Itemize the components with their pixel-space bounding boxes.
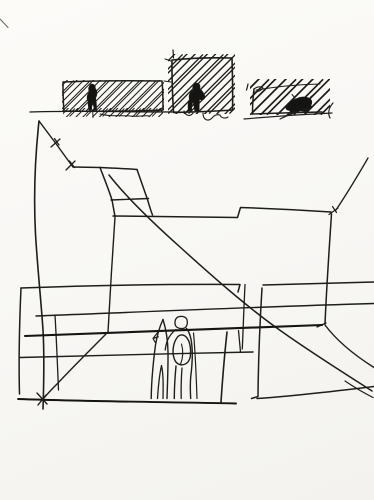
long-horizontal-lower (20, 352, 253, 358)
person-figure-right-torso-line (181, 344, 183, 365)
lower-box-left-edge (19, 288, 21, 394)
right-box-vertical (252, 288, 263, 399)
lower-box-bottom-edge (18, 399, 236, 404)
person-figure-right-back-line (194, 333, 198, 399)
middle-block-corner-tick (173, 50, 174, 58)
person-figure-right-leg-inner (181, 368, 182, 399)
left-building-block-hatching (29, 79, 193, 113)
arrowhead-icon-right-parapet (329, 207, 338, 215)
peak-left-long-line (35, 121, 44, 409)
ridge-line (73, 167, 100, 168)
short-vertical-243 (242, 285, 245, 350)
roof-quad-left (100, 168, 115, 217)
short-vertical-239 (239, 331, 241, 353)
long-horizontal-upper (36, 304, 374, 317)
person-figure-right-head (175, 316, 187, 328)
apostrophe-mark (247, 84, 249, 90)
page-edge-mark (0, 19, 8, 28)
sketch-page (0, 0, 374, 500)
diagonal-up-right-line (336, 158, 368, 210)
opening-right-edge (221, 332, 227, 402)
right-facade-vertical (325, 214, 332, 324)
inner-vertical-55 (55, 315, 59, 390)
lower-box-top-edge (21, 284, 240, 292)
center-facade-vertical (108, 217, 115, 332)
lintel-strong-line (25, 325, 322, 336)
corner-sweep-curve (325, 325, 374, 368)
peak-slope-line (39, 121, 73, 167)
person-figure-right-leg-left (174, 366, 176, 399)
architectural-sketch-canvas (0, 0, 374, 500)
arrowhead-icon-lower (66, 161, 75, 170)
person-silhouette-icon-left-block (87, 84, 97, 110)
person-silhouette-drip (93, 110, 94, 118)
roof-quad-top (100, 168, 137, 170)
middle-figure-arm-flick (200, 85, 205, 90)
opening-diagonal-to-floor (44, 332, 108, 398)
right-box-top-edge (263, 282, 374, 285)
car-wheel-front (290, 108, 295, 113)
person-figure-left-legs (158, 366, 164, 399)
